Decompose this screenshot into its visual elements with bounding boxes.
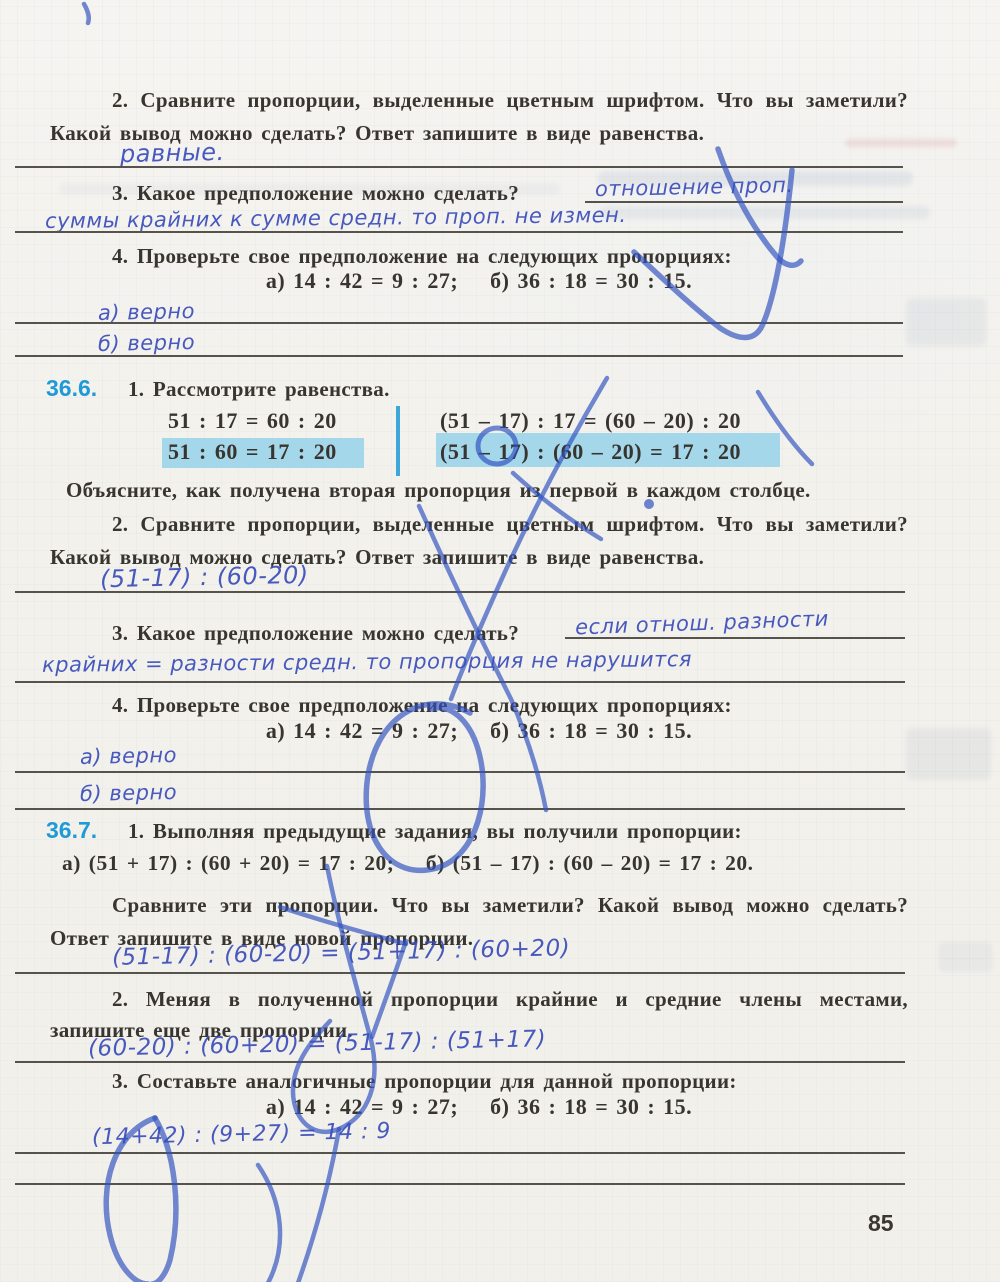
answer-line (15, 972, 905, 974)
task3-label: 3. Какое предположение можно сделать? (112, 180, 612, 206)
task4-proportions: а) 14 : 42 = 9 : 27; б) 36 : 18 = 30 : 1… (50, 718, 908, 744)
task1-proportions: а) (51 + 17) : (60 + 20) = 17 : 20; б) (… (62, 850, 754, 876)
equation-right-1: (51 – 17) : 17 = (60 – 20) : 20 (440, 408, 741, 434)
workbook-page: 2. Сравните пропорции, выделенные цветны… (0, 0, 1000, 1282)
answer-line (15, 591, 905, 593)
equation-left-1: 51 : 17 = 60 : 20 (168, 408, 337, 434)
task3-proportions: а) 14 : 42 = 9 : 27; б) 36 : 18 = 30 : 1… (50, 1094, 908, 1120)
handwritten-answer-51-17-60-20: (51-17) : (60-20) (100, 561, 309, 593)
handwritten-answer-task3-line2: суммы крайних к сумме средн. то проп. не… (45, 203, 627, 233)
bleed-through-smudge (938, 942, 993, 972)
bleed-through-smudge (906, 298, 986, 346)
answer-line (15, 1061, 905, 1063)
handwritten-answer-task3-line1: если отнош. разности (575, 607, 829, 640)
column-divider (396, 406, 400, 476)
handwritten-answer-b-verno: б) верно (80, 780, 178, 806)
answer-line (565, 637, 905, 639)
handwritten-answer-ravnye: равные. (120, 138, 225, 168)
answer-line (15, 771, 905, 773)
task1-text: 1. Выполняя предыдущие задания, вы получ… (128, 818, 742, 844)
bleed-through-smudge (906, 728, 991, 780)
answer-line (15, 1152, 905, 1154)
task1-text: 1. Рассмотрите равенства. (128, 376, 390, 402)
handwritten-answer-task3-line2: крайних = разности средн. то пропорция н… (42, 647, 692, 677)
task3-text: 3. Составьте аналогичные пропорции для д… (112, 1068, 932, 1094)
answer-line (15, 681, 905, 683)
page-number: 85 (868, 1210, 894, 1237)
handwritten-answer-b-verno: б) верно (98, 330, 196, 356)
task4-text: 4. Проверьте свое предположение на следу… (112, 243, 912, 269)
explain-text: Объясните, как получена вторая пропорция… (66, 477, 908, 503)
handwritten-analogous-proportion: (14+42) : (9+27) = 14 : 9 (92, 1119, 391, 1150)
bleed-through-smudge (600, 206, 930, 219)
answer-line (15, 322, 903, 324)
answer-line (15, 808, 905, 810)
section-number-36-6: 36.6. (46, 375, 97, 402)
task4-proportions: а) 14 : 42 = 9 : 27; б) 36 : 18 = 30 : 1… (50, 268, 908, 294)
equation-left-2: 51 : 60 = 17 : 20 (168, 439, 337, 465)
answer-line (15, 166, 903, 168)
equation-right-2: (51 – 17) : (60 – 20) = 17 : 20 (440, 439, 741, 465)
handwritten-answer-task3-line1: отношение проп. (595, 173, 794, 201)
answer-line (15, 355, 903, 357)
answer-line (15, 231, 903, 233)
task4-text: 4. Проверьте свое предположение на следу… (112, 692, 912, 718)
handwritten-answer-a-verno: а) верно (80, 743, 177, 769)
section-number-36-7: 36.7. (46, 817, 97, 844)
task3-label: 3. Какое предположение можно сделать? (112, 620, 592, 646)
answer-line (15, 1183, 905, 1185)
answer-line (585, 201, 903, 203)
